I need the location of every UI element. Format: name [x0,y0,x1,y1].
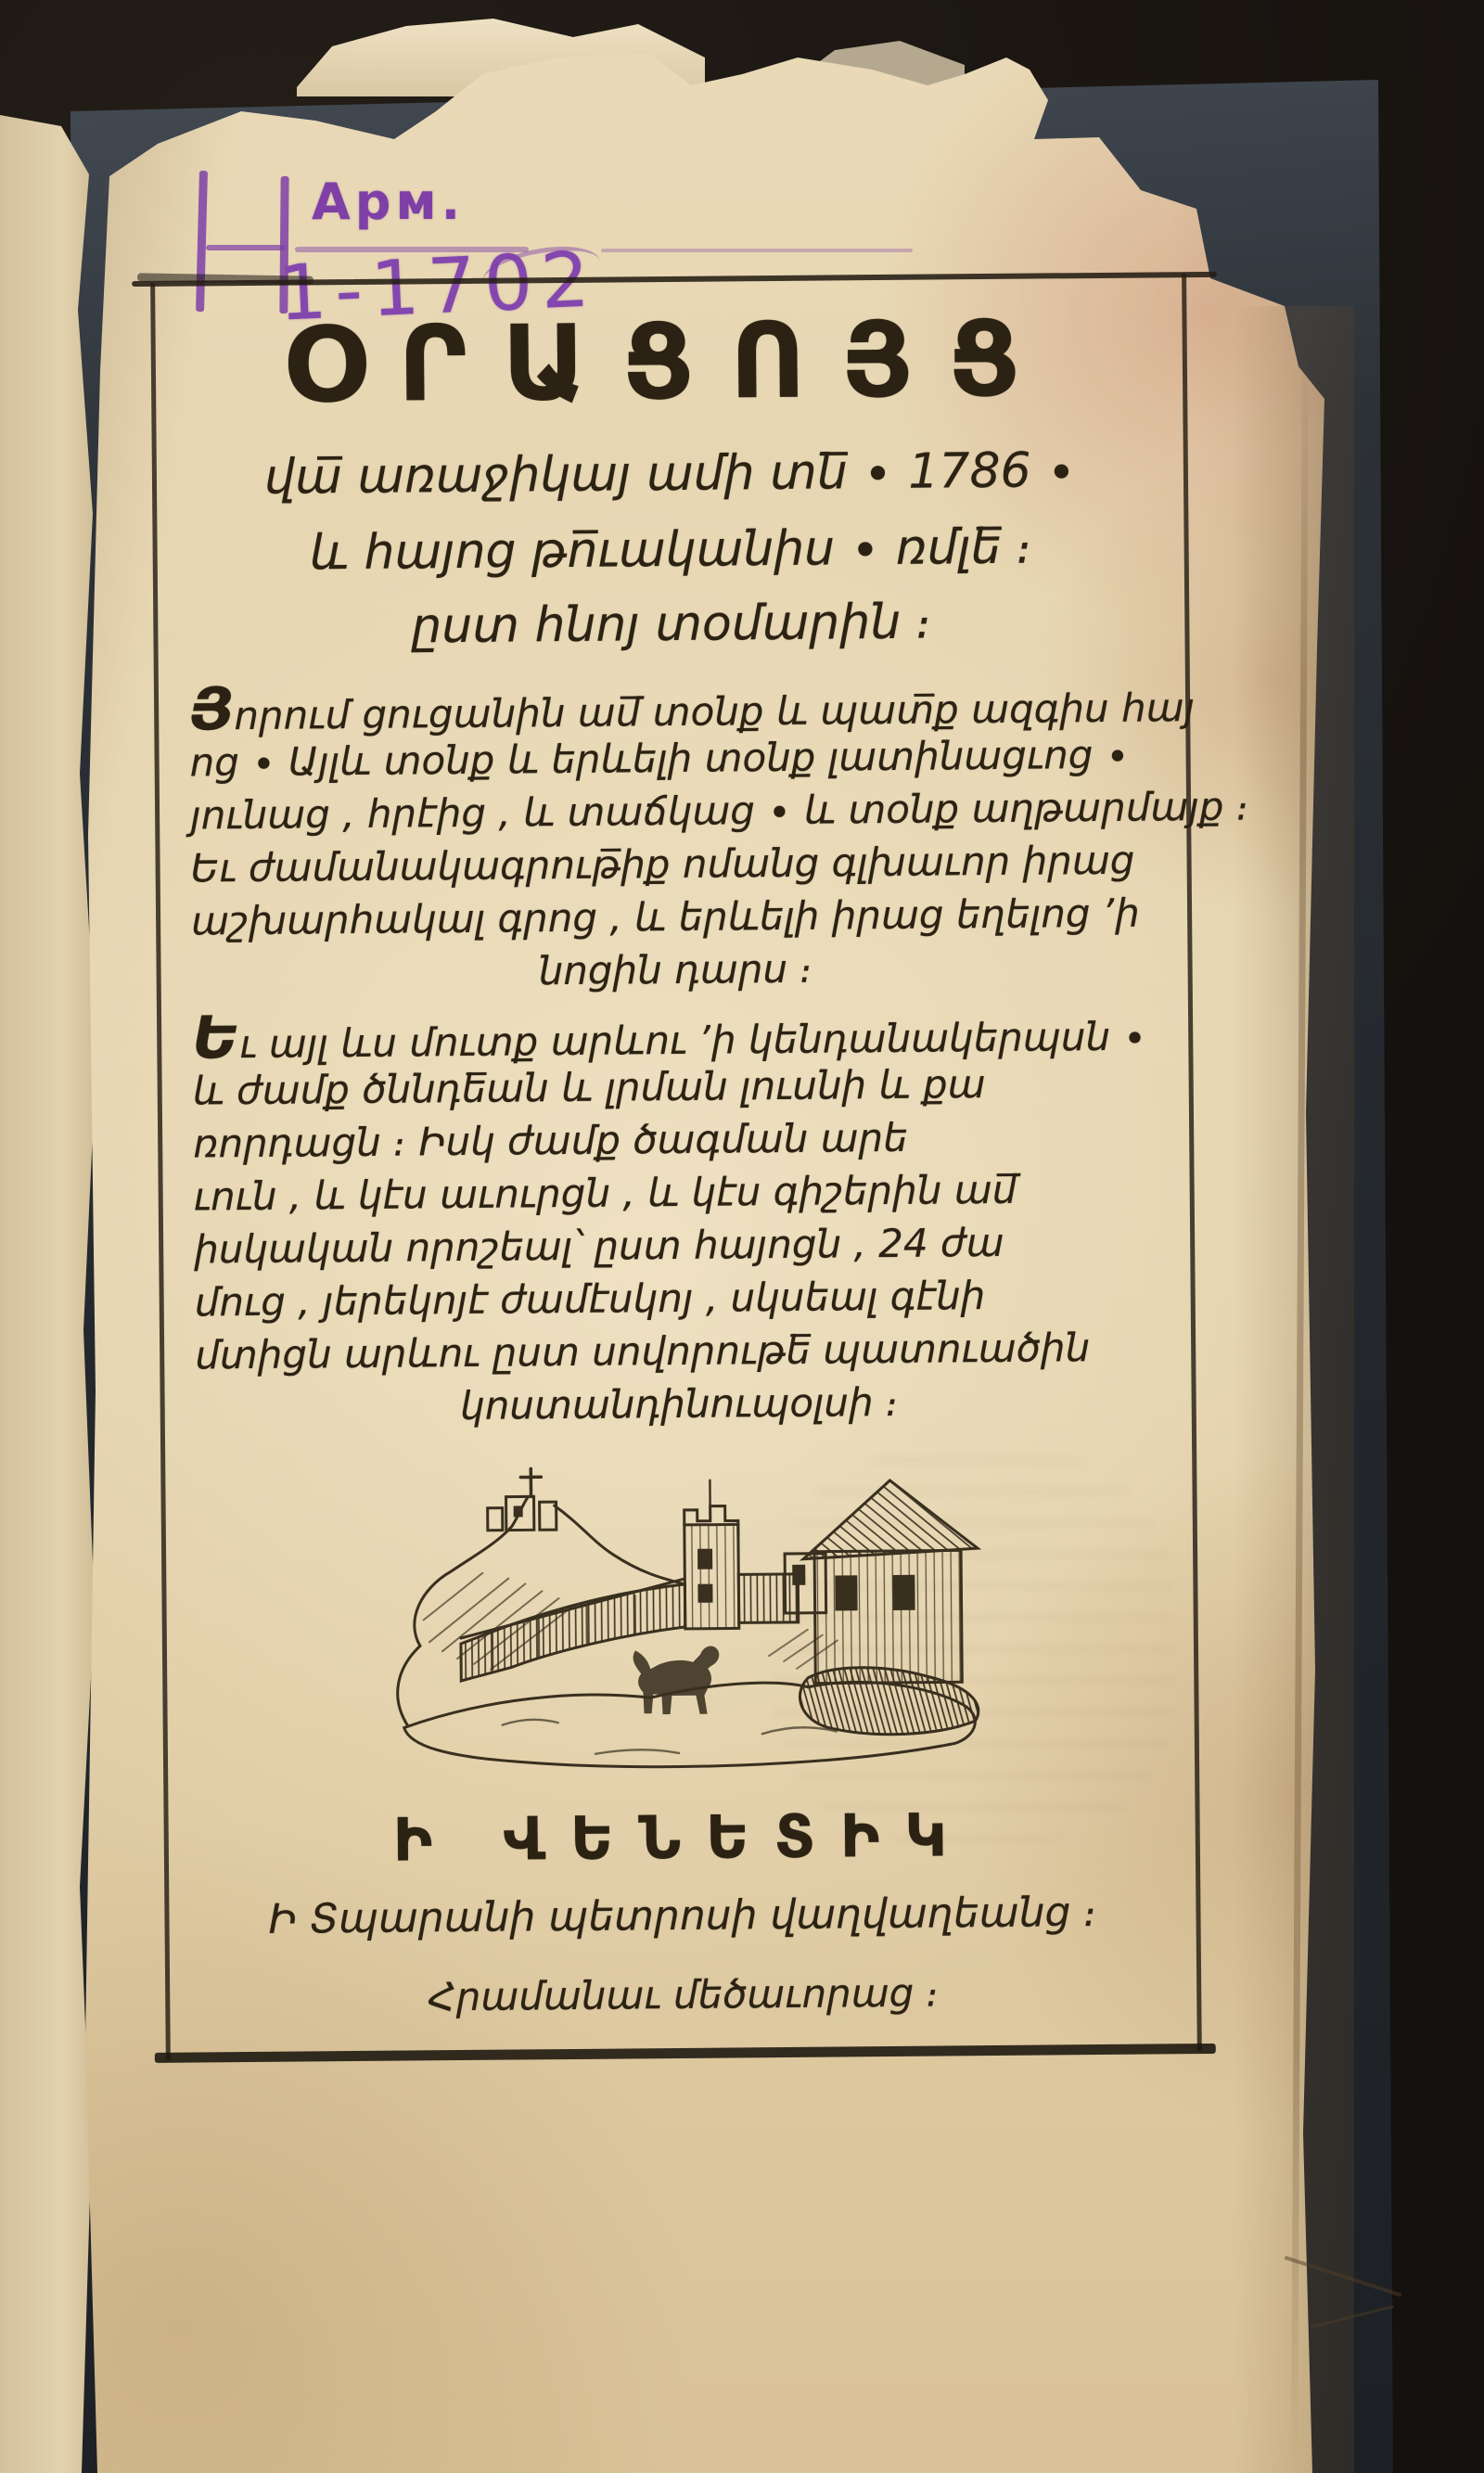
paragraph-line: Յորում ցուցանին ամ̅ տօնք և պատ̅ք ազգիս հ… [189,674,1158,736]
paragraph-line: մուց , յերեկոյէ ժամէսկոյ , սկսեալ գէնի [194,1267,1162,1328]
paragraph-line: իսկական որոշեալ՝ ըստ հայոցն , 24 ժա [194,1214,1162,1275]
paragraph-line: յունաց , հրէից , և տաճկաց ∙ և տօնք աղթար… [190,780,1158,841]
printed-text-block: ՕՐԱՑՈՅՑ վա̅ առաջիկայ ամի տն̅ ∙ 1786 ∙ և … [132,264,1222,2090]
frame-rule-top [132,272,1217,287]
woodcut-illustration [370,1442,992,1793]
paragraph-line: Եւ ժամանակագրութ̅իք ոմանց գլխաւոր իրաց [190,833,1158,894]
frame-rule-right [1182,274,1202,2051]
paragraph-line: Եւ այլ ևս մուտք արևու ՚ի կենդանակերպսն ∙ [192,1003,1160,1064]
paragraph-1: Յորում ցուցանին ամ̅ տօնք և պատ̅ք ազգիս հ… [189,674,1160,1000]
paragraph-line: նոցին դարս ։ [191,939,1159,1000]
paragraph-line: կոստանդինուպօլսի ։ [195,1373,1163,1434]
paragraph-line: և ժամք ծննդե̅ան և լրման լուսնի և քա [192,1056,1160,1117]
imprint-place: Ի ՎԵՆԵՏԻԿ [173,1795,1192,1882]
stamp-frame-mark [206,245,286,250]
imprint-license: Հրամանաւ մեծաւորաց ։ [174,1966,1193,2025]
library-stamp: Арм. [312,173,465,231]
paragraph-line: մտիցն արևու ըստ սովորութե̅ պատուածին [195,1320,1163,1381]
paragraph-line: ռորդացն ։ Իսկ ժամք ծագման արե [193,1108,1161,1170]
page-title: ՕՐԱՑՈՅՑ [160,298,1179,428]
frame-rule-bottom [155,2044,1216,2063]
paragraph-line: ոց ∙ Այլև տօնք և երևելի տօնք լատինացւոց … [189,727,1158,788]
subtitle-line: ըստ հնոյ տօմարին ։ [162,591,1181,658]
stamp-frame-mark [601,249,913,252]
paragraph-line: ւուն , և կէս աւուրցն , և կէս գիշերին ամ̅ [193,1161,1161,1223]
imprint-printer: Ի Տպարանի պետրոսի վաղվաղեանց ։ [173,1886,1192,1947]
subtitle-line: և հայոց թո̅ւականիս ∙ ռմլե̅ ։ [161,517,1180,583]
subtitle-line: վա̅ առաջիկայ ամի տն̅ ∙ 1786 ∙ [161,441,1180,507]
paragraph-line: աշխարհակալ գրոց , և երևելի իրաց եղելոց ՚… [191,886,1159,947]
dog-figure [633,1646,719,1714]
paragraph-2: Եւ այլ ևս մուտք արևու ՚ի կենդանակերպսն ∙… [192,1003,1164,1434]
